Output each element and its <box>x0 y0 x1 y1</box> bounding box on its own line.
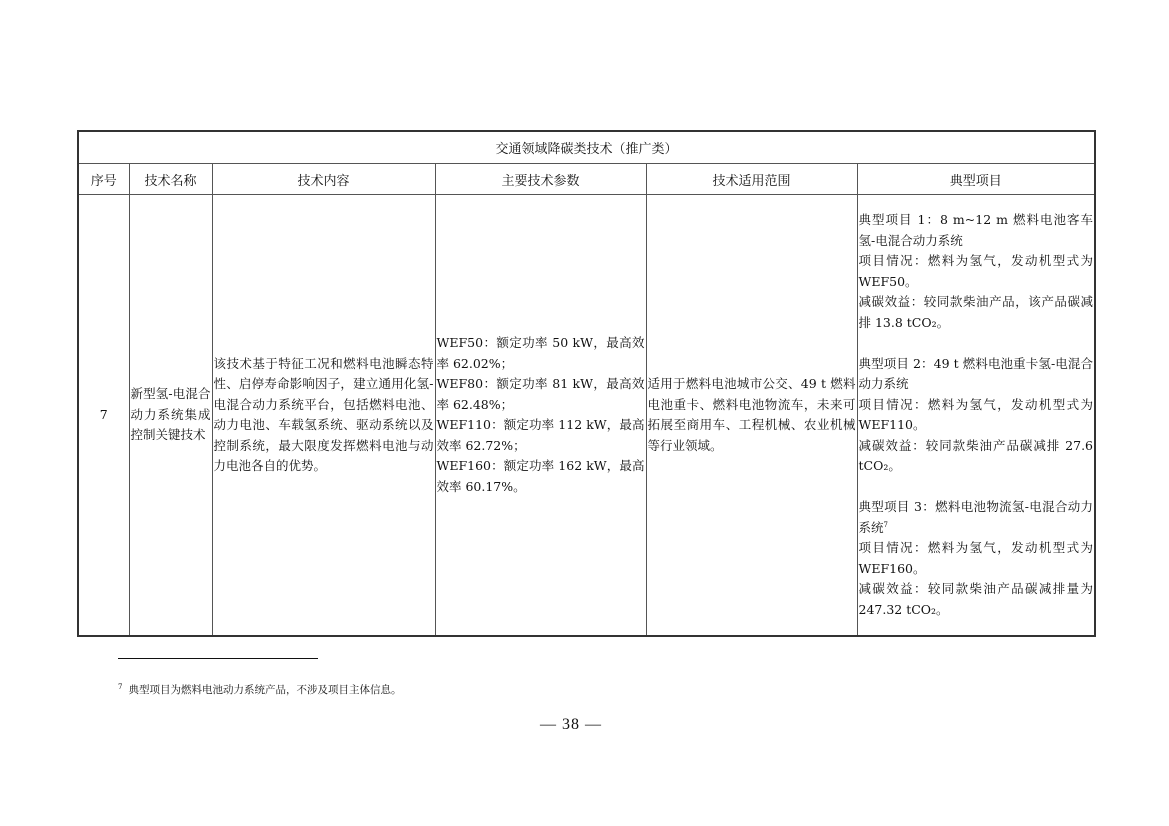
footnote-text: 典型项目为燃料电池动力系统产品，不涉及项目主体信息。 <box>128 684 401 696</box>
table-header-row: 序号 技术名称 技术内容 主要技术参数 技术适用范围 典型项目 <box>78 164 1095 195</box>
project-title: 典型项目 2：49 t 燃料电池重卡氢-电混合动力系统 <box>859 354 1094 395</box>
header-content: 技术内容 <box>212 164 435 195</box>
header-projects: 典型项目 <box>857 164 1095 195</box>
parameter-line: WEF160：额定功率 162 kW，最高效率 60.17%。 <box>437 456 645 497</box>
project-situation: 项目情况：燃料为氢气，发动机型式为 WEF110。 <box>859 395 1094 436</box>
header-index: 序号 <box>78 164 129 195</box>
header-scope: 技术适用范围 <box>646 164 857 195</box>
table-row: 7 新型氢-电混合动力系统集成控制关键技术 该技术基于特征工况和燃料电池瞬态特性… <box>78 195 1095 637</box>
footnote: 7典型项目为燃料电池动力系统产品，不涉及项目主体信息。 <box>118 682 401 697</box>
parameter-line: WEF50：额定功率 50 kW，最高效率 62.02%； <box>437 333 645 374</box>
table-title: 交通领域降碳类技术（推广类） <box>78 131 1095 164</box>
header-name: 技术名称 <box>129 164 212 195</box>
row-projects: 典型项目 1：8 m~12 m 燃料电池客车氢-电混合动力系统 项目情况：燃料为… <box>857 195 1095 637</box>
page-number: — 38 — <box>540 716 602 734</box>
project-situation: 项目情况：燃料为氢气，发动机型式为 WEF50。 <box>859 251 1094 292</box>
footnote-separator <box>118 658 318 659</box>
row-tech-name: 新型氢-电混合动力系统集成控制关键技术 <box>129 195 212 637</box>
footnote-ref[interactable]: 7 <box>884 520 888 528</box>
project-benefit: 减碳效益：较同款柴油产品碳减排 27.6 tCO₂。 <box>859 436 1094 477</box>
row-index: 7 <box>78 195 129 637</box>
parameter-line: WEF110：额定功率 112 kW，最高效率 62.72%； <box>437 415 645 456</box>
technology-table: 交通领域降碳类技术（推广类） 序号 技术名称 技术内容 主要技术参数 技术适用范… <box>77 130 1096 637</box>
footnote-number: 7 <box>118 683 122 691</box>
project-situation: 项目情况：燃料为氢气，发动机型式为 WEF160。 <box>859 538 1094 579</box>
row-tech-content: 该技术基于特征工况和燃料电池瞬态特性、启停寿命影响因子，建立通用化氢-电混合动力… <box>212 195 435 637</box>
project-1: 典型项目 1：8 m~12 m 燃料电池客车氢-电混合动力系统 项目情况：燃料为… <box>859 210 1094 333</box>
header-parameters: 主要技术参数 <box>435 164 646 195</box>
row-scope: 适用于燃料电池城市公交、49 t 燃料电池重卡、燃料电池物流车，未来可拓展至商用… <box>646 195 857 637</box>
project-benefit: 减碳效益：较同款柴油产品碳减排量为 247.32 tCO₂。 <box>859 579 1094 620</box>
parameter-line: WEF80：额定功率 81 kW，最高效率 62.48%； <box>437 374 645 415</box>
project-2: 典型项目 2：49 t 燃料电池重卡氢-电混合动力系统 项目情况：燃料为氢气，发… <box>859 354 1094 477</box>
project-benefit: 减碳效益：较同款柴油产品，该产品碳减排 13.8 tCO₂。 <box>859 292 1094 333</box>
project-3: 典型项目 3：燃料电池物流氢-电混合动力系统7 项目情况：燃料为氢气，发动机型式… <box>859 497 1094 620</box>
project-title: 典型项目 1：8 m~12 m 燃料电池客车氢-电混合动力系统 <box>859 210 1094 251</box>
row-parameters: WEF50：额定功率 50 kW，最高效率 62.02%； WEF80：额定功率… <box>435 195 646 637</box>
project-title: 典型项目 3：燃料电池物流氢-电混合动力系统7 <box>859 497 1094 538</box>
